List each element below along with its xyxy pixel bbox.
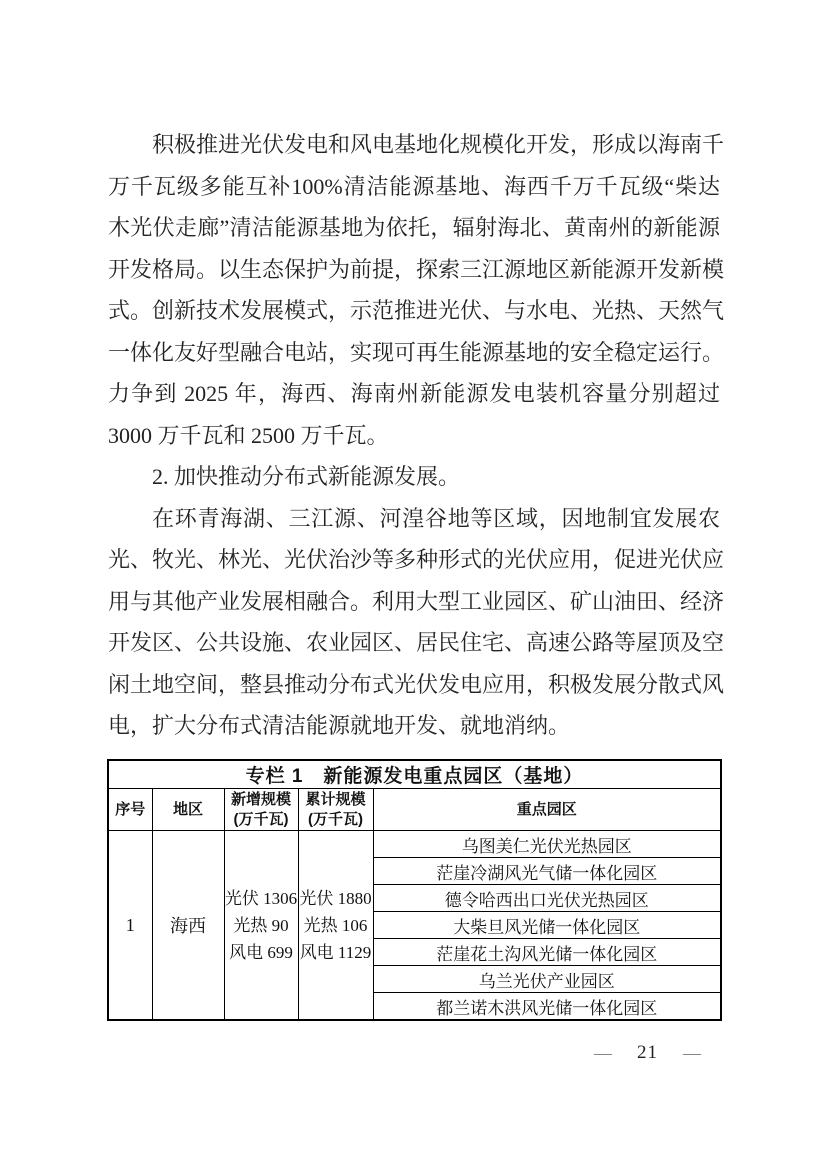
body-line: 闲土地空间，整县推动分布式光伏发电应用，积极发展分散式风 xyxy=(108,664,720,706)
footer-left-dash: — xyxy=(594,1044,612,1062)
park-cell: 大柴旦风光储一体化园区 xyxy=(373,912,721,939)
body-line: 电，扩大分布式清洁能源就地开发、就地消纳。 xyxy=(108,705,720,747)
footer-right-dash: — xyxy=(683,1044,701,1062)
table-title: 专栏 1 新能源发电重点园区（基地） xyxy=(108,760,721,789)
page-number: 21 xyxy=(637,1042,658,1064)
region-cell: 海西 xyxy=(152,831,224,1021)
cumulative-scale-pv: 光伏 1880 xyxy=(299,885,373,912)
cumulative-scale-cell: 光伏 1880 光热 106 风电 1129 xyxy=(298,831,373,1021)
column-header-cumulative-scale: 累计规模 (万千瓦) xyxy=(298,789,373,831)
column-header-label: 累计规模 xyxy=(299,790,373,810)
body-line: 3000 万千瓦和 2500 万千瓦。 xyxy=(108,415,720,457)
table-row: 1 海西 光伏 1306 光热 90 风电 699 光伏 1880 光热 106… xyxy=(108,831,721,858)
key-parks-table: 专栏 1 新能源发电重点园区（基地） 序号 地区 新增规模 (万千瓦) 累计规模… xyxy=(107,759,722,1021)
body-line: 积极推进光伏发电和风电基地化规模化开发，形成以海南千 xyxy=(108,124,720,166)
cumulative-scale-wind: 风电 1129 xyxy=(299,939,373,966)
column-header-index: 序号 xyxy=(108,789,152,831)
new-scale-cell: 光伏 1306 光热 90 风电 699 xyxy=(224,831,298,1021)
new-scale-csp: 光热 90 xyxy=(225,912,298,939)
section-heading: 2. 加快推动分布式新能源发展。 xyxy=(108,456,720,498)
body-line: 在环青海湖、三江源、河湟谷地等区域，因地制宜发展农 xyxy=(108,498,720,540)
column-header-label: 新增规模 xyxy=(225,790,298,810)
body-line: 开发区、公共设施、农业园区、居民住宅、高速公路等屋顶及空 xyxy=(108,622,720,664)
body-line: 一体化友好型融合电站，实现可再生能源基地的安全稳定运行。 xyxy=(108,332,720,374)
column-header-region: 地区 xyxy=(152,789,224,831)
park-cell: 茫崖花土沟风光储一体化园区 xyxy=(373,939,721,966)
body-line: 用与其他产业发展相融合。利用大型工业园区、矿山油田、经济 xyxy=(108,581,720,623)
column-header-new-scale: 新增规模 (万千瓦) xyxy=(224,789,298,831)
park-cell: 都兰诺木洪风光储一体化园区 xyxy=(373,993,721,1021)
park-cell: 乌兰光伏产业园区 xyxy=(373,966,721,993)
document-page: 积极推进光伏发电和风电基地化规模化开发，形成以海南千 万千瓦级多能互补100%清… xyxy=(0,0,826,1169)
column-header-unit: (万千瓦) xyxy=(225,810,298,830)
new-scale-pv: 光伏 1306 xyxy=(225,885,298,912)
park-cell: 乌图美仁光伏光热园区 xyxy=(373,831,721,858)
row-index-cell: 1 xyxy=(108,831,152,1021)
table-header-row: 序号 地区 新增规模 (万千瓦) 累计规模 (万千瓦) 重点园区 xyxy=(108,789,721,831)
page-footer: — 21 — xyxy=(594,1042,701,1064)
new-scale-wind: 风电 699 xyxy=(225,939,298,966)
body-line: 万千瓦级多能互补100%清洁能源基地、海西千万千瓦级“柴达 xyxy=(108,166,720,208)
table-title-row: 专栏 1 新能源发电重点园区（基地） xyxy=(108,760,721,789)
park-cell: 德令哈西出口光伏光热园区 xyxy=(373,885,721,912)
body-line: 木光伏走廊”清洁能源基地为依托，辐射海北、黄南州的新能源 xyxy=(108,207,720,249)
column-header-parks: 重点园区 xyxy=(373,789,721,831)
park-cell: 茫崖冷湖风光气储一体化园区 xyxy=(373,858,721,885)
body-line: 力争到 2025 年，海西、海南州新能源发电装机容量分别超过 xyxy=(108,373,720,415)
cumulative-scale-csp: 光热 106 xyxy=(299,912,373,939)
body-line: 开发格局。以生态保护为前提，探索三江源地区新能源开发新模 xyxy=(108,249,720,291)
body-text: 积极推进光伏发电和风电基地化规模化开发，形成以海南千 万千瓦级多能互补100%清… xyxy=(108,124,720,747)
column-header-unit: (万千瓦) xyxy=(299,810,373,830)
body-line: 光、牧光、林光、光伏治沙等多种形式的光伏应用，促进光伏应 xyxy=(108,539,720,581)
body-line: 式。创新技术发展模式，示范推进光伏、与水电、光热、天然气 xyxy=(108,290,720,332)
